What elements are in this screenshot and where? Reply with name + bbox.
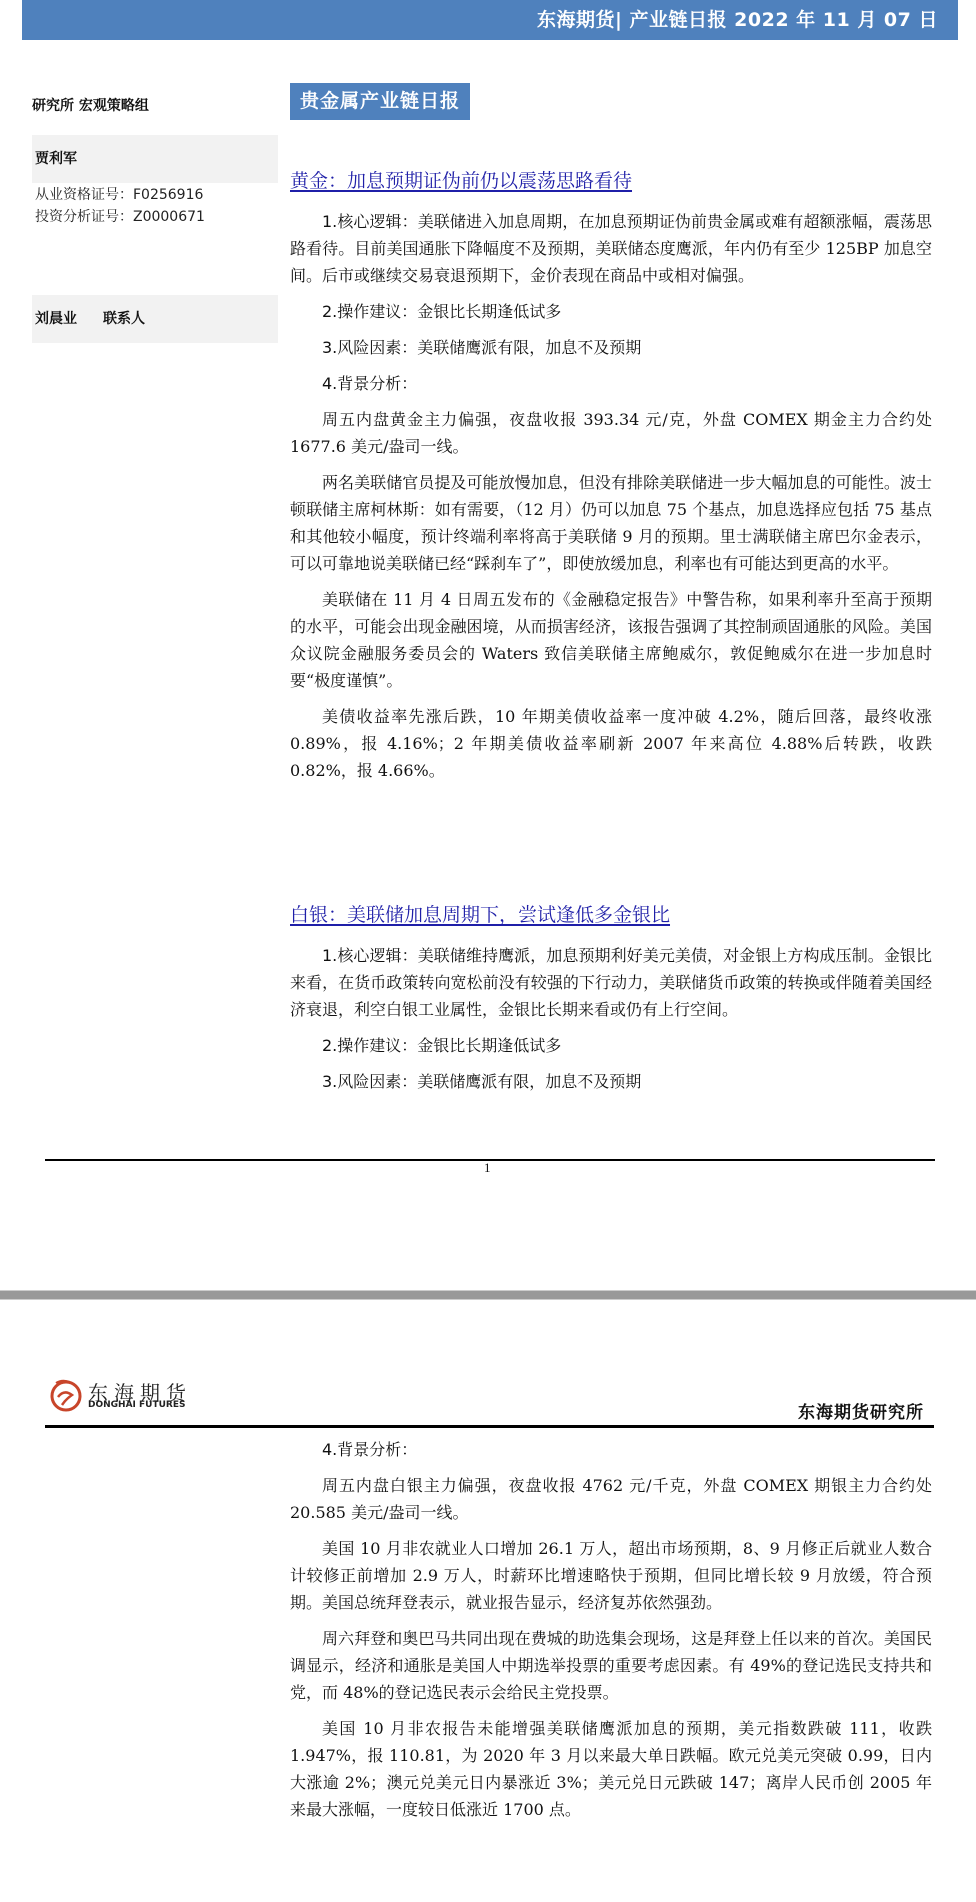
cert-qualification: 从业资格证号：F0256916 bbox=[35, 184, 281, 206]
sidebar-author-contact: 刘晨业联系人 bbox=[32, 295, 278, 343]
gold-background-label: 4.背景分析： bbox=[290, 370, 932, 397]
silver-section-title[interactable]: 白银：美联储加息周期下，尝试逢低多金银比 bbox=[290, 900, 670, 927]
cert-investment: 投资分析证号：Z0000671 bbox=[35, 206, 281, 228]
gold-bg-paragraph: 周五内盘黄金主力偏强，夜盘收报 393.34 元/克，外盘 COMEX 期金主力… bbox=[290, 406, 932, 460]
sidebar-author-certs: 从业资格证号：F0256916 投资分析证号：Z0000671 bbox=[32, 184, 281, 228]
dragon-logo-icon bbox=[48, 1377, 84, 1413]
silver-bg-paragraph: 美国 10 月非农报告未能增强美联储鹰派加息的预期，美元指数跌破 111，收跌 … bbox=[290, 1715, 932, 1823]
page2-header-rule bbox=[45, 1425, 934, 1428]
report-header-banner: 东海期货| 产业链日报 2022 年 11 月 07 日 bbox=[22, 0, 958, 40]
page-separator bbox=[0, 1290, 976, 1300]
gold-bg-paragraph: 两名美联储官员提及可能放慢加息，但没有排除美联储进一步大幅加息的可能性。波士顿联… bbox=[290, 469, 932, 577]
report-title-tag: 贵金属产业链日报 bbox=[290, 83, 470, 120]
silver-operation: 2.操作建议：金银比长期逢低试多 bbox=[290, 1032, 932, 1059]
silver-bg-paragraph: 周六拜登和奥巴马共同出现在费城的助选集会现场，这是拜登上任以来的首次。美国民调显… bbox=[290, 1625, 932, 1706]
gold-section-title[interactable]: 黄金：加息预期证伪前仍以震荡思路看待 bbox=[290, 166, 632, 193]
sidebar-author-primary: 贾利军 bbox=[32, 135, 278, 183]
institute-name: 东海期货研究所 bbox=[798, 1398, 924, 1423]
contact-role: 联系人 bbox=[103, 311, 145, 327]
gold-bg-paragraph: 美债收益率先涨后跌，10 年期美债收益率一度冲破 4.2%，随后回落，最终收涨 … bbox=[290, 703, 932, 784]
gold-core-logic: 1.核心逻辑：美联储进入加息周期，在加息预期证伪前贵金属或难有超额涨幅，震荡思路… bbox=[290, 208, 932, 289]
contact-name: 刘晨业 bbox=[35, 311, 77, 327]
silver-section-body: 1.核心逻辑：美联储维持鹰派，加息预期利好美元美债，对金银上方构成压制。金银比来… bbox=[290, 942, 932, 1104]
gold-risk: 3.风险因素：美联储鹰派有限，加息不及预期 bbox=[290, 334, 932, 361]
silver-risk: 3.风险因素：美联储鹰派有限，加息不及预期 bbox=[290, 1068, 932, 1095]
sidebar-department: 研究所 宏观策略组 bbox=[32, 95, 278, 115]
gold-bg-paragraph: 美联储在 11 月 4 日周五发布的《金融稳定报告》中警告称，如果利率升至高于预… bbox=[290, 586, 932, 694]
donghai-logo: 东海期货 DONGHAI FUTURES bbox=[48, 1377, 208, 1413]
silver-bg-paragraph: 周五内盘白银主力偏强，夜盘收报 4762 元/千克，外盘 COMEX 期银主力合… bbox=[290, 1472, 932, 1526]
silver-background-label: 4.背景分析： bbox=[290, 1436, 932, 1463]
silver-background-body: 4.背景分析： 周五内盘白银主力偏强，夜盘收报 4762 元/千克，外盘 COM… bbox=[290, 1436, 932, 1832]
silver-core-logic: 1.核心逻辑：美联储维持鹰派，加息预期利好美元美债，对金银上方构成压制。金银比来… bbox=[290, 942, 932, 1023]
page-number: 1 bbox=[484, 1160, 491, 1176]
gold-section-body: 1.核心逻辑：美联储进入加息周期，在加息预期证伪前贵金属或难有超额涨幅，震荡思路… bbox=[290, 208, 932, 793]
silver-bg-paragraph: 美国 10 月非农就业人口增加 26.1 万人，超出市场预期，8、9 月修正后就… bbox=[290, 1535, 932, 1616]
gold-operation: 2.操作建议：金银比长期逢低试多 bbox=[290, 298, 932, 325]
logo-en-text: DONGHAI FUTURES bbox=[88, 1400, 185, 1410]
